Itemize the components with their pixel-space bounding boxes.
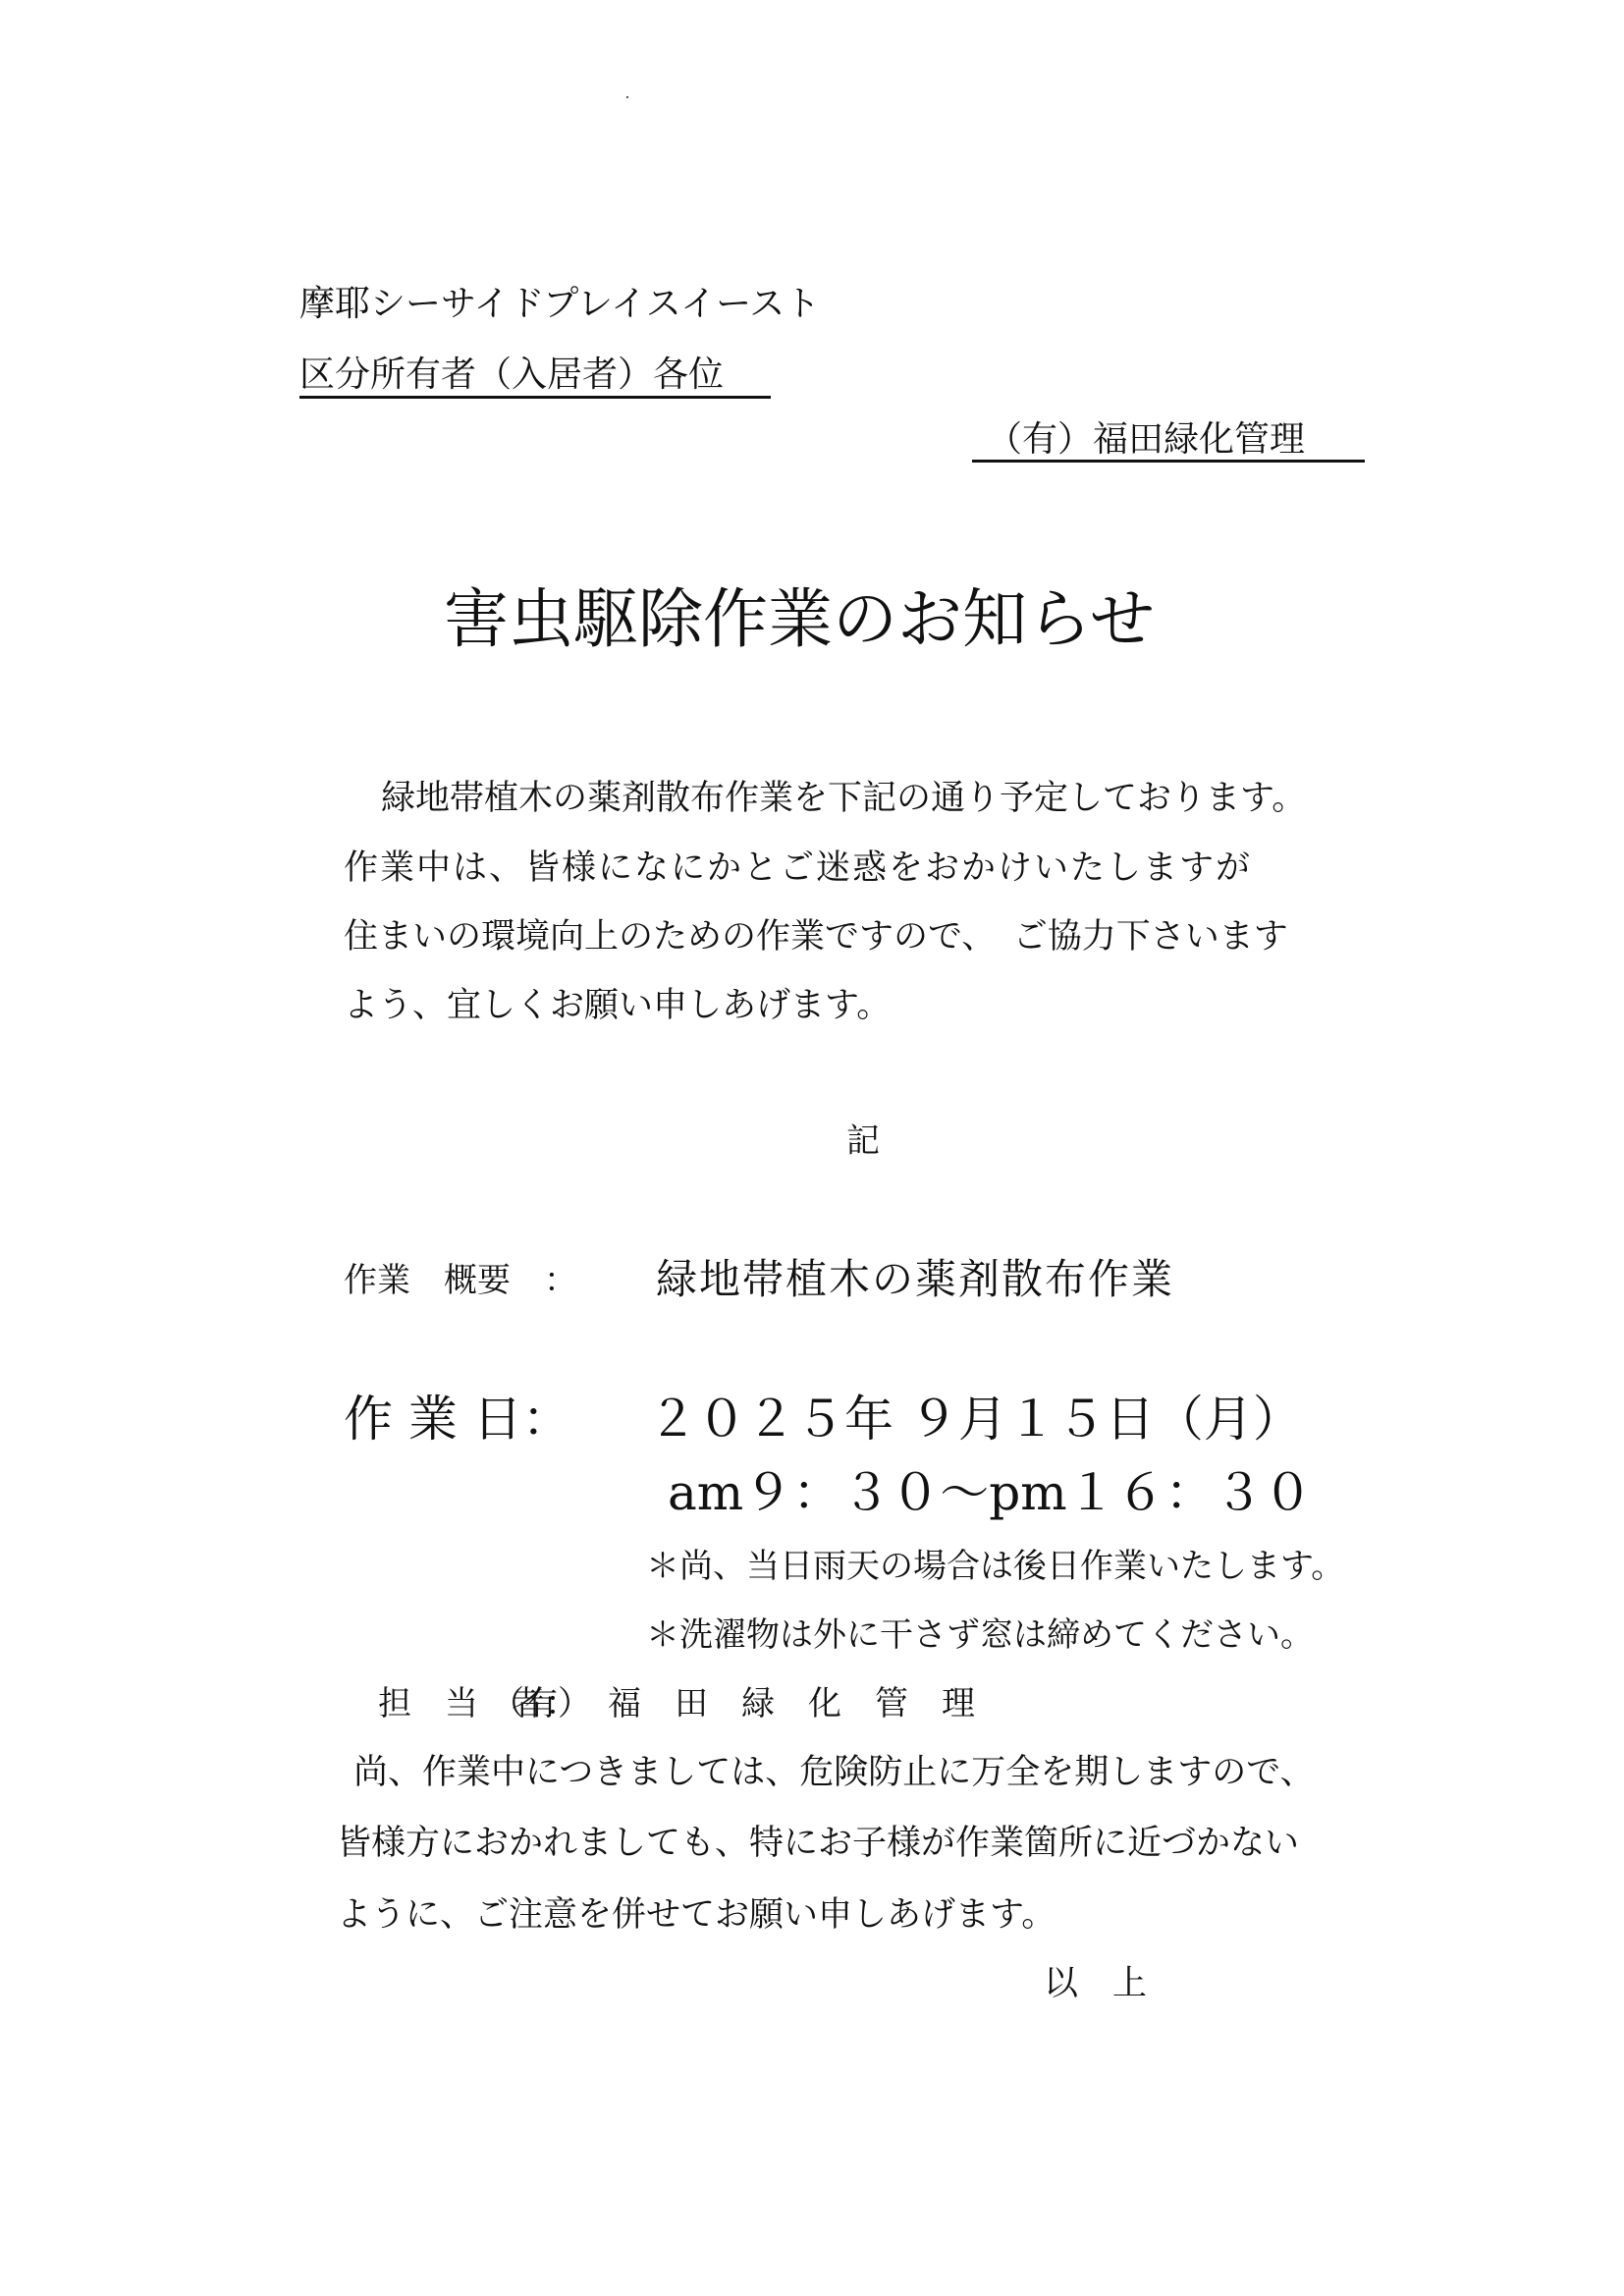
note-laundry: ＊洗濯物は外に干さず窓は締めてください。 [646,1618,1314,1652]
intro-line: 住まいの環境向上のための作業ですので、 ご協力下さいます [344,920,1288,955]
intro-line: 緑地帯植木の薬剤散布作業を下記の通り予定しております。 [381,782,1306,816]
closing-line: 皆様方におかれましても、特にお子様が作業箇所に近づかない [337,1827,1299,1861]
building-name: 摩耶シーサイドプレイスイースト [299,287,820,322]
page-title: 害虫駆除作業のお知らせ [444,587,1155,652]
contact-value: （有） 福 田 緑 化 管 理 [491,1687,975,1721]
recipients-underline [299,396,771,399]
intro-line: よう、宜しくお願い申しあげます。 [344,989,891,1023]
note-rain: ＊尚、当日雨天の場合は後日作業いたします。 [646,1550,1344,1583]
scan-speck [626,96,628,98]
summary-label: 作業 概要 ： [344,1264,577,1297]
date-value: ２０２５年 ９月１５日（月） [648,1394,1302,1444]
sender-name: （有）福田緑化管理 [987,422,1305,458]
sender-underline [972,460,1365,463]
closing-line: ように、ご注意を併せてお願い申しあげます。 [337,1898,1056,1933]
date-label: 作 業 日： [344,1394,571,1444]
ki-heading: 記 [846,1124,880,1158]
closing-end: 以 上 [1044,1967,1147,2001]
recipients: 区分所有者（入居者）各位 [299,357,724,393]
summary-value: 緑地帯植木の薬剤散布作業 [656,1259,1174,1300]
intro-line: 作業中は、皆様になにかとご迷惑をおかけいたしますが [344,851,1252,886]
time-value: am９：３０〜pm１６：３０ [668,1468,1313,1517]
closing-line: 尚、作業中につきましては、危険防止に万全を期しますので、 [353,1756,1315,1790]
